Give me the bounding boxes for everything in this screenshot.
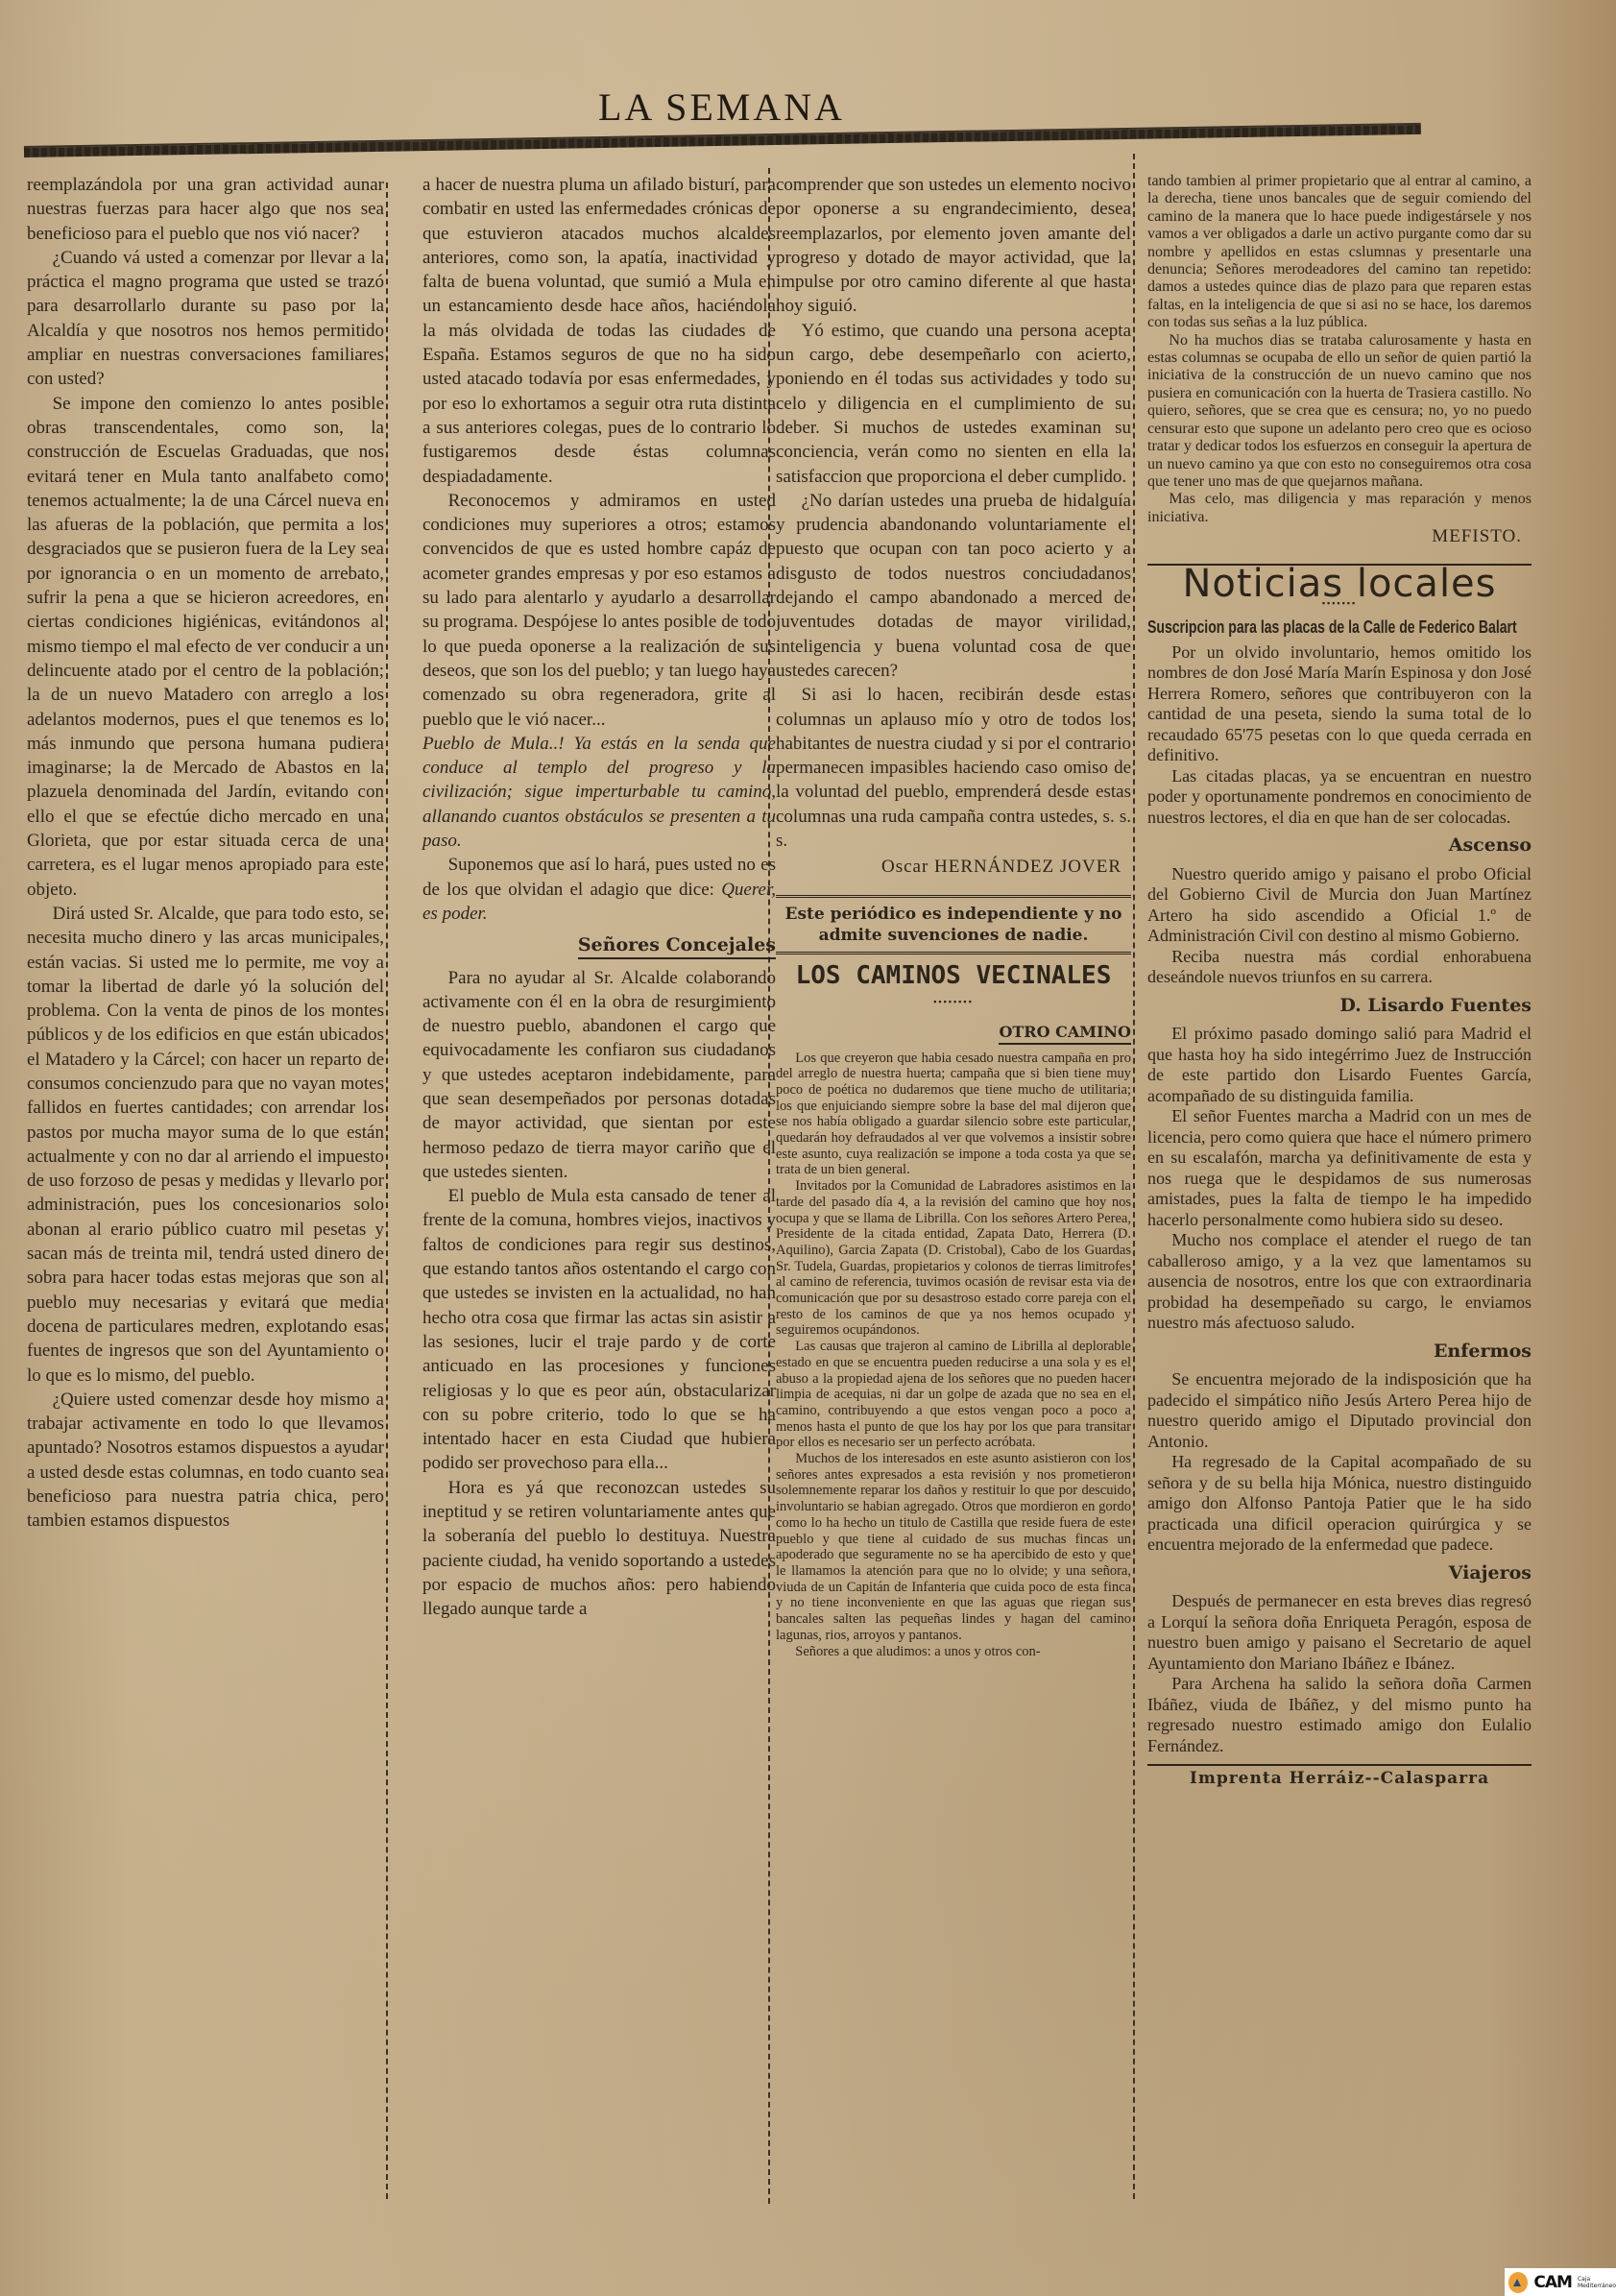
author-signature: Oscar HERNÁNDEZ JOVER bbox=[776, 855, 1131, 879]
paragraph: Para Archena ha salido la señora doña Ca… bbox=[1147, 1674, 1532, 1756]
paragraph: Las citadas placas, ya se encuentran en … bbox=[1147, 766, 1532, 829]
author-signature: MEFISTO. bbox=[1147, 528, 1532, 545]
section-title: Noticias locales bbox=[1147, 575, 1532, 592]
news-item: Enfermos Se encuentra mejorado de la ind… bbox=[1147, 1341, 1532, 1556]
section-heading: Señores Concejales bbox=[422, 933, 776, 957]
section-heading-text: Señores Concejales bbox=[578, 934, 776, 959]
paragraph: Después de permanecer en esta breves dia… bbox=[1147, 1591, 1532, 1674]
paragraph: Dirá usted Sr. Alcalde, que para todo es… bbox=[27, 902, 384, 1388]
news-item: Viajeros Después de permanecer en esta b… bbox=[1147, 1563, 1532, 1757]
cam-brand: CAM bbox=[1533, 2273, 1572, 2292]
news-heading: Enfermos bbox=[1147, 1341, 1532, 1363]
news-item: Suscripcion para las placas de la Calle … bbox=[1147, 617, 1532, 828]
masthead-title: LA SEMANA bbox=[598, 85, 845, 129]
paragraph: No ha muchos dias se trataba calurosamen… bbox=[1147, 332, 1532, 492]
article-title: LOS CAMINOS VECINALES bbox=[776, 964, 1131, 988]
paragraph: a hacer de nuestra pluma un afilado bist… bbox=[422, 173, 776, 489]
article-body: Los que creyeron que habia cesado nuestr… bbox=[776, 1051, 1131, 1660]
paragraph: ¿Quiere usted comenzar desde hoy mismo a… bbox=[27, 1388, 384, 1534]
italic-quote: Pueblo de Mula..! Ya estás en la senda q… bbox=[422, 732, 776, 853]
paragraph: Suponemos que así lo hará, pues usted no… bbox=[422, 853, 776, 926]
section-rule bbox=[1147, 564, 1532, 566]
column-4: tando tambien al primer propietario que … bbox=[1147, 173, 1532, 1788]
paragraph: Hora es yá que reconozcan ustedes su ine… bbox=[422, 1476, 776, 1622]
paragraph: Mucho nos complace el atender el ruego d… bbox=[1147, 1230, 1532, 1334]
article-subtitle-text: OTRO CAMINO bbox=[999, 1023, 1131, 1045]
paragraph: comprender que son ustedes un elemento n… bbox=[776, 173, 1131, 319]
article-subtitle: OTRO CAMINO bbox=[776, 1020, 1131, 1044]
paragraph: Las causas que trajeron al camino de Lib… bbox=[776, 1339, 1131, 1451]
news-item: D. Lisardo Fuentes El próximo pasado dom… bbox=[1147, 996, 1532, 1334]
paragraph: Mas celo, mas diligencia y mas reparació… bbox=[1147, 491, 1532, 526]
paragraph: tando tambien al primer propietario que … bbox=[1147, 173, 1532, 332]
paragraph: Para no ayudar al Sr. Alcalde colaborand… bbox=[422, 966, 776, 1185]
paragraph: El señor Fuentes marcha a Madrid con un … bbox=[1147, 1106, 1532, 1230]
paragraph: Por un olvido involuntario, hemos omitid… bbox=[1147, 642, 1532, 766]
news-heading: Viajeros bbox=[1147, 1563, 1532, 1584]
paragraph: ¿Cuando vá usted a comenzar por llevar a… bbox=[27, 246, 384, 392]
quote-text: Pueblo de Mula..! Ya estás en la senda q… bbox=[422, 734, 776, 851]
paragraph: Muchos de los interesados en este asunto… bbox=[776, 1451, 1131, 1643]
paragraph: Yó estimo, que cuando una persona acepta… bbox=[776, 319, 1131, 489]
independence-notice: Este periódico es independiente y no adm… bbox=[776, 895, 1131, 955]
cam-caption-line: Mediterráneo bbox=[1578, 2283, 1616, 2289]
paragraph: Se impone den comienzo lo antes posible … bbox=[27, 392, 384, 902]
cam-caption: Caja Mediterráneo bbox=[1578, 2276, 1616, 2289]
column-divider bbox=[1133, 154, 1136, 2199]
news-heading: D. Lisardo Fuentes bbox=[1147, 996, 1532, 1017]
news-heading: Suscripcion para las placas de la Calle … bbox=[1147, 617, 1447, 639]
news-heading: Ascenso bbox=[1147, 835, 1532, 857]
paragraph: Ha regresado de la Capital acompañado de… bbox=[1147, 1452, 1532, 1556]
paragraph: Los que creyeron que habia cesado nuestr… bbox=[776, 1051, 1131, 1179]
column-1: reemplazándola por una gran actividad au… bbox=[27, 173, 384, 1534]
paragraph: El próximo pasado domingo salió para Mad… bbox=[1147, 1024, 1532, 1106]
column-2: a hacer de nuestra pluma un afilado bist… bbox=[422, 173, 776, 1622]
cam-caption-line: Caja bbox=[1578, 2276, 1616, 2283]
paragraph: Nuestro querido amigo y paisano el probo… bbox=[1147, 864, 1532, 947]
paragraph: Reconocemos y admiramos en usted condici… bbox=[422, 489, 776, 732]
paragraph: Invitados por la Comunidad de Labradores… bbox=[776, 1178, 1131, 1339]
paragraph: Señores a que aludimos: a unos y otros c… bbox=[776, 1644, 1131, 1660]
column-divider bbox=[386, 182, 389, 2199]
cam-logo-icon bbox=[1508, 2272, 1528, 2293]
paragraph: Si asi lo hacen, recibirán desde estas c… bbox=[776, 683, 1131, 853]
paragraph: ¿No darían ustedes una prueba de hidalgu… bbox=[776, 489, 1131, 683]
column-3: comprender que son ustedes un elemento n… bbox=[776, 173, 1131, 1659]
paragraph: El pueblo de Mula esta cansado de tener … bbox=[422, 1184, 776, 1476]
paragraph: Reciba nuestra más cordial enhorabuena d… bbox=[1147, 947, 1532, 988]
ornament-divider: ▪▪▪▪▪▪▪▪ bbox=[776, 990, 1131, 1014]
paragraph: reemplazándola por una gran actividad au… bbox=[27, 173, 384, 246]
printer-credit: Imprenta Herráiz--Calasparra bbox=[1147, 1764, 1532, 1787]
news-item: Ascenso Nuestro querido amigo y paisano … bbox=[1147, 835, 1532, 988]
cam-watermark-logo: CAM Caja Mediterráneo bbox=[1505, 2268, 1616, 2296]
paragraph: Se encuentra mejorado de la indisposició… bbox=[1147, 1369, 1532, 1452]
